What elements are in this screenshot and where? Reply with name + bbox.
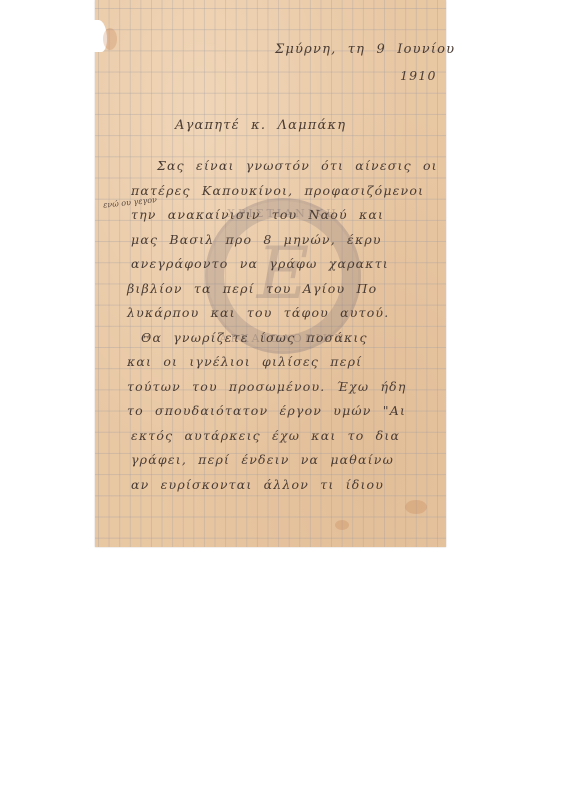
letter-line: γράφει, περί ένδειν να μαθαίνω [131,452,394,467]
letter-line: τούτων του προσωμένου. Έχω ήδη [127,379,407,394]
letter-line: Θα γνωρίζετε ίσως ποσάκις [141,330,368,345]
stain [405,500,427,514]
letter-line: Σας είναι γνωστόν ότι αίνεσις οι [157,158,438,173]
letter-line: και οι ιγνέλιοι φιλίσες περί [127,354,362,369]
salutation: Αγαπητέ κ. Λαμπάκη [175,118,346,133]
year: 1910 [400,68,437,83]
letter-line: ανεγράφοντο να γράφω χαρακτι [131,256,389,271]
letter-line: λυκάρπου και του τάφου αυτού. [127,305,389,320]
letter-line: την ανακαίνισιν του Ναού και [131,207,384,222]
letter-line: μας Βασιλ προ 8 μηνών, έκρυ [131,232,382,247]
letter-line: πατέρες Καπουκίνοι, προφασιζόμενοι [131,183,424,198]
letter-line: εκτός αυτάρκεις έχω και το δια [131,428,400,443]
letter-line: βιβλίον τα περί του Αγίου Πο [127,281,377,296]
stain [103,28,117,50]
letter-line: αν ευρίσκονται άλλον τι ίδιου [131,477,384,492]
place-date: Σμύρνη, τη 9 Ιουνίου [275,42,455,57]
letter-line: το σπουδαιότατον έργον υμών "Αι [127,403,406,418]
stain [335,520,349,530]
letter-page: ΧΡΙΣΤΙΑΝΙΚΗ Ε ΑΡΧΑΙΟΛΟΓΙΚΗ Σμύρνη, τη 9 … [95,0,446,547]
